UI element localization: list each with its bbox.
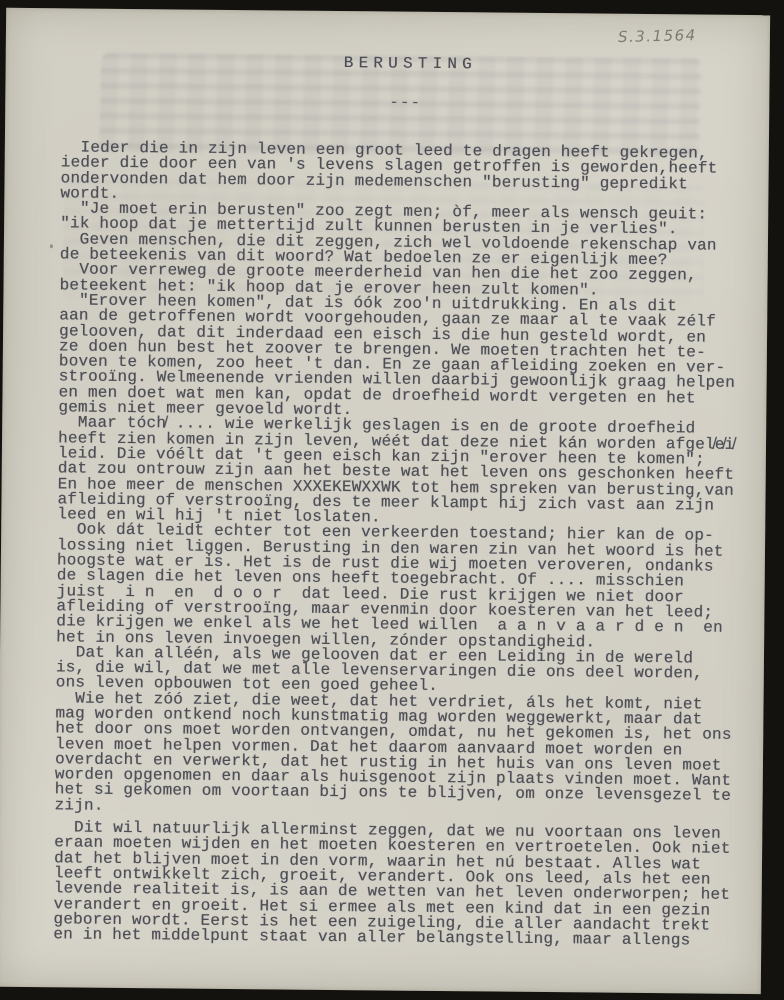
text-line: en in het middelpunt staat van aller bel… (53, 927, 743, 949)
archival-number-handwritten: S.3.1564 (618, 26, 697, 46)
title-underline: --- (389, 93, 421, 111)
document-body: Ieder die in zijn leven een groot leed t… (53, 140, 751, 949)
scan-background: { "page": { "annotation": "S.3.1564", "t… (0, 0, 784, 1000)
paper-speck (50, 244, 53, 248)
document-page: S.3.1564 BERUSTING --- Ieder die in zijn… (0, 8, 770, 994)
document-title: BERUSTING (344, 54, 477, 73)
